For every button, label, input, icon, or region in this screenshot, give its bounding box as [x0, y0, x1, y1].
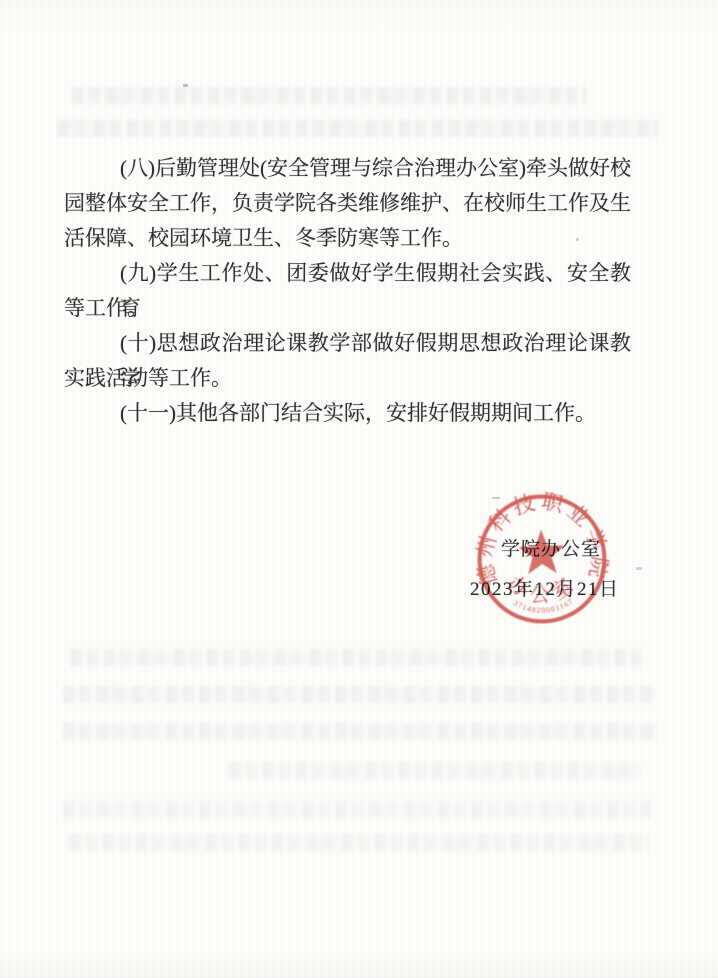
star-icon: [518, 529, 566, 575]
official-seal: 德州科技职业学院 办公室 3714820001167: [472, 489, 613, 630]
bleed-through-row: [63, 686, 653, 703]
body-line: 等工作。: [64, 291, 631, 326]
scan-speck: [183, 84, 188, 87]
body-line: 活保障、校园环境卫生、冬季防寒等工作。: [64, 221, 631, 256]
bleed-through-row: [228, 762, 638, 779]
body-line: (十)思想政治理论课教学部做好假期思想政治理论课教学: [64, 326, 631, 361]
seal-graphics: 德州科技职业学院 办公室 3714820001167: [472, 489, 613, 624]
body-line: (十一)其他各部门结合实际，安排好假期期间工作。: [64, 396, 631, 431]
bleed-through-row: [68, 834, 648, 851]
scan-speck: [636, 567, 642, 570]
bleed-through-row: [63, 723, 657, 740]
bleed-through-row: [72, 87, 587, 104]
body-line: (九)学生工作处、团委做好学生假期社会实践、安全教育: [64, 256, 631, 291]
body-line: 园整体安全工作，负责学院各类维修维护、在校师生工作及生: [64, 186, 631, 221]
body-line: (八)后勤管理处(安全管理与综合治理办公室)牵头做好校: [64, 151, 631, 186]
bleed-through-row: [58, 120, 658, 137]
body-line: 实践活动等工作。: [64, 361, 631, 396]
document-body: (八)后勤管理处(安全管理与综合治理办公室)牵头做好校 园整体安全工作，负责学院…: [64, 151, 631, 431]
bleed-through-row: [70, 649, 642, 666]
scanned-document-page: (八)后勤管理处(安全管理与综合治理办公室)牵头做好校 园整体安全工作，负责学院…: [0, 0, 718, 978]
bleed-through-row: [63, 801, 651, 818]
